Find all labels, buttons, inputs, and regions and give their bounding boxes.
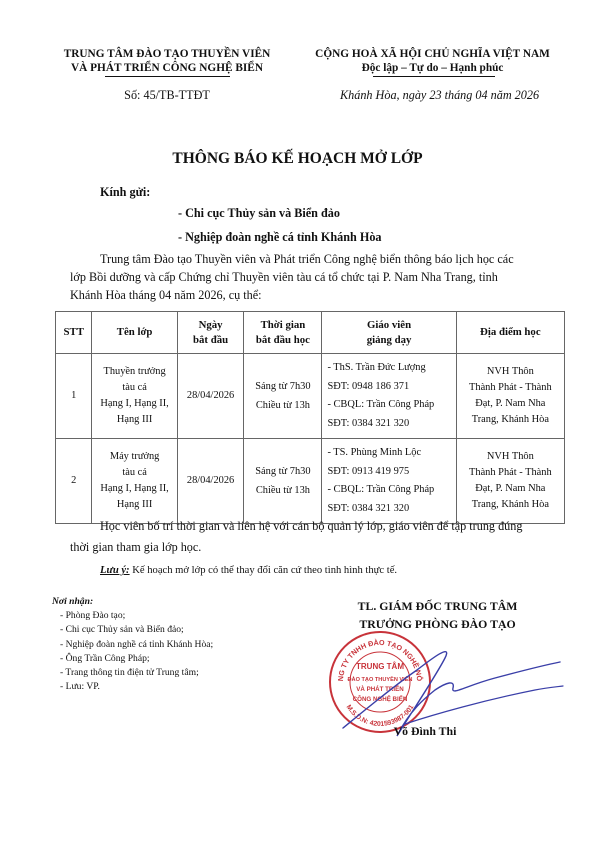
cell-stt: 2 [56, 439, 92, 524]
closing-line-2: thời gian tham gia lớp học. [70, 538, 201, 556]
col-header-stt: STT [56, 312, 92, 354]
cell-class-name: Thuyền trưởngtàu cáHạng I, Hạng II,Hạng … [92, 354, 177, 439]
list-item: - Ông Trần Công Pháp; [60, 652, 213, 666]
col-header-teacher: Giáo viêngiảng dạy [322, 312, 456, 354]
cell-location: NVH ThônThành Phát - ThànhĐạt, P. Nam Nh… [456, 354, 564, 439]
list-item: - Nghiệp đoàn nghề cá tỉnh Khánh Hòa; [60, 638, 213, 652]
motto-underline [373, 76, 495, 77]
cell-start-time: Sáng từ 7h30Chiều từ 13h [244, 354, 322, 439]
cell-class-name: Máy trưởngtàu cáHạng I, Hạng II,Hạng III [92, 439, 177, 524]
cell-stt: 1 [56, 354, 92, 439]
col-header-start-time: Thời gianbắt đầu học [244, 312, 322, 354]
col-header-class-name: Tên lớp [92, 312, 177, 354]
note-label: Lưu ý: [100, 565, 130, 576]
cell-start-date: 28/04/2026 [177, 439, 244, 524]
cell-start-date: 28/04/2026 [177, 354, 244, 439]
cell-teacher: - TS. Phùng Minh LộcSĐT: 0913 419 975- C… [322, 439, 456, 524]
page-title: THÔNG BÁO KẾ HOẠCH MỞ LỚP [0, 150, 595, 168]
intro-line-1: Trung tâm Đào tạo Thuyền viên và Phát tr… [100, 250, 565, 268]
salutation-recipient-1: - Chi cục Thủy sản và Biển đảo [178, 204, 340, 222]
schedule-table: STT Tên lớp Ngàybắt đầu Thời gianbắt đầu… [55, 311, 565, 524]
signer-name: Võ Đình Thi [360, 724, 490, 739]
intro-line-2: lớp Bồi dưỡng và cấp Chứng chỉ Thuyền vi… [70, 268, 565, 286]
col-header-location: Địa điểm học [456, 312, 564, 354]
recipients-label: Nơi nhận: [52, 595, 213, 609]
closing-line-1: Học viên bố trí thời gian và liên hệ với… [100, 517, 522, 535]
list-item: - Chi cục Thủy sản và Biển đảo; [60, 623, 213, 637]
cell-start-time: Sáng từ 7h30Chiều từ 13h [244, 439, 322, 524]
salutation-label: Kính gửi: [100, 183, 150, 201]
place-date: Khánh Hòa, ngày 23 tháng 04 năm 2026 [340, 88, 570, 103]
list-item: - Trang thông tin điện tử Trung tâm; [60, 666, 213, 680]
document-number: Số: 45/TB-TTĐT [52, 88, 282, 103]
nation-motto: Độc lập – Tự do – Hạnh phúc [300, 61, 565, 75]
signature-title-line1: TL. GIÁM ĐỐC TRUNG TÂM [315, 597, 560, 615]
signature-title: TL. GIÁM ĐỐC TRUNG TÂM TRƯỞNG PHÒNG ĐÀO … [315, 597, 560, 633]
salutation-recipient-2: - Nghiệp đoàn nghề cá tỉnh Khánh Hòa [178, 228, 382, 246]
list-item: - Phòng Đào tạo; [60, 609, 213, 623]
note-text: Kế hoạch mở lớp có thể thay đổi căn cứ t… [130, 565, 397, 576]
org-name-line1: TRUNG TÂM ĐÀO TẠO THUYỀN VIÊN [52, 47, 282, 61]
nation-title: CỘNG HOÀ XÃ HỘI CHỦ NGHĨA VIỆT NAM [300, 47, 565, 61]
col-header-start-date: Ngàybắt đầu [177, 312, 244, 354]
recipients-list: Nơi nhận: - Phòng Đào tạo; - Chi cục Thủ… [52, 595, 213, 694]
org-name: TRUNG TÂM ĐÀO TẠO THUYỀN VIÊN VÀ PHÁT TR… [52, 47, 282, 75]
table-header-row: STT Tên lớp Ngàybắt đầu Thời gianbắt đầu… [56, 312, 565, 354]
org-name-line2: VÀ PHÁT TRIỂN CÔNG NGHỆ BIỂN [52, 61, 282, 75]
cell-teacher: - ThS. Trần Đức LượngSĐT: 0948 186 371- … [322, 354, 456, 439]
cell-location: NVH ThônThành Phát - ThànhĐạt, P. Nam Nh… [456, 439, 564, 524]
list-item: - Lưu: VP. [60, 680, 213, 694]
table-row: 1 Thuyền trưởngtàu cáHạng I, Hạng II,Hạn… [56, 354, 565, 439]
note: Lưu ý: Kế hoạch mở lớp có thể thay đổi c… [100, 565, 397, 576]
intro-line-3: Khánh Hòa tháng 04 năm 2026, cụ thể: [70, 286, 262, 304]
table-row: 2 Máy trưởngtàu cáHạng I, Hạng II,Hạng I… [56, 439, 565, 524]
org-underline [105, 76, 230, 77]
national-motto: CỘNG HOÀ XÃ HỘI CHỦ NGHĨA VIỆT NAM Độc l… [300, 47, 565, 75]
